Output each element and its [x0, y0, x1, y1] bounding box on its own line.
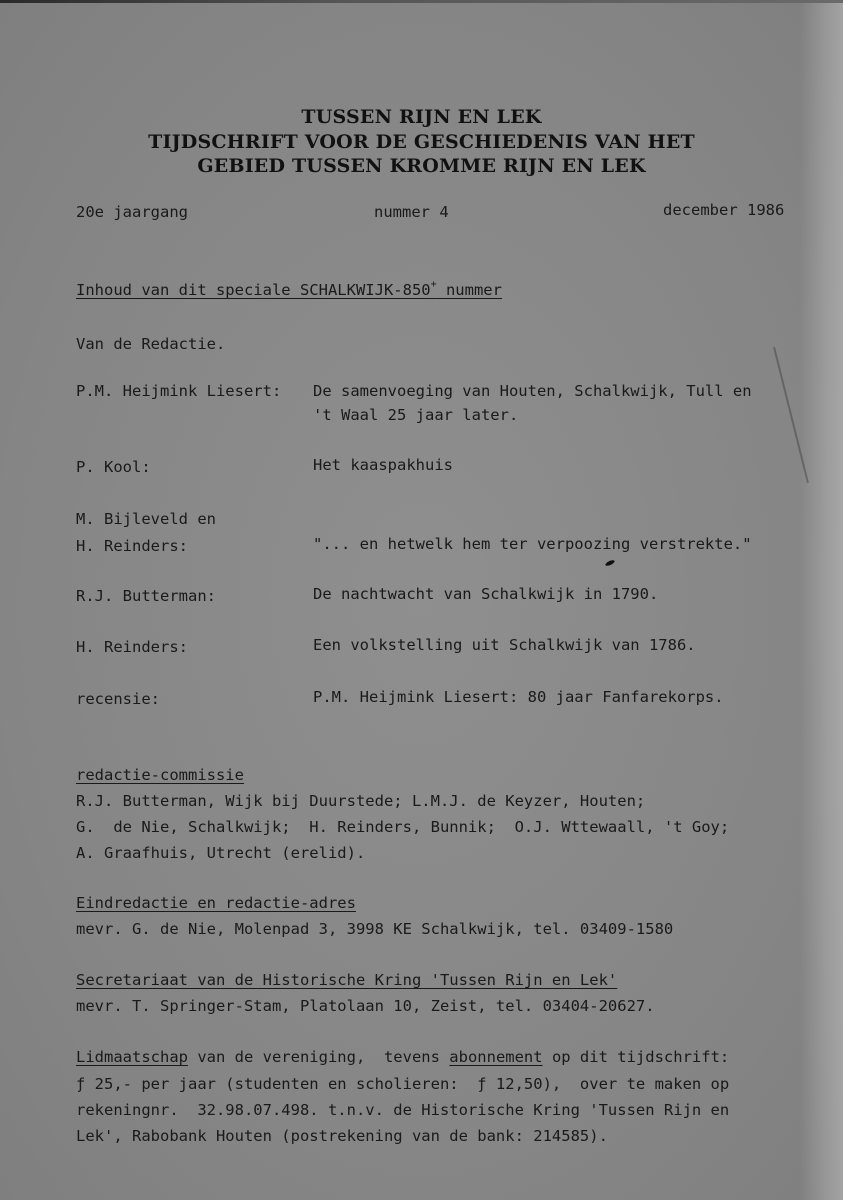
secretariat-heading: Secretariaat van de Historische Kring 'T… — [76, 971, 617, 989]
editorial-board-line: R.J. Butterman, Wijk bij Duurstede; L.M.… — [76, 792, 645, 810]
issue-number: nummer 4 — [374, 203, 449, 221]
editorial-board-line: A. Graafhuis, Utrecht (erelid). — [76, 844, 365, 862]
issue-volume: 20e jaargang — [76, 203, 188, 221]
membership-term: Lidmaatschap — [76, 1048, 188, 1066]
entry-author: P.M. Heijmink Liesert: — [76, 382, 281, 400]
contents-heading-suffix: nummer — [437, 281, 502, 299]
subscription-term: abonnement — [449, 1048, 542, 1066]
entry-title: Een volkstelling uit Schalkwijk van 1786… — [313, 636, 696, 654]
contents-heading-text: Inhoud van dit speciale SCHALKWIJK-850 — [76, 281, 431, 299]
paper-fold-mark — [773, 347, 809, 483]
entry-author: H. Reinders: — [76, 638, 188, 656]
masthead-title: TUSSEN RIJN EN LEK — [0, 106, 843, 128]
masthead-subtitle-2: GEBIED TUSSEN KROMME RIJN EN LEK — [0, 155, 843, 177]
final-editing-address: mevr. G. de Nie, Molenpad 3, 3998 KE Sch… — [76, 920, 673, 938]
membership-text-end: op dit tijdschrift: — [543, 1048, 730, 1066]
editorial-board-line: G. de Nie, Schalkwijk; H. Reinders, Bunn… — [76, 818, 729, 836]
entry-title: De samenvoeging van Houten, Schalkwijk, … — [313, 382, 752, 400]
entry-author-cont: H. Reinders: — [76, 537, 188, 555]
membership-text: van de vereniging, tevens — [188, 1048, 449, 1066]
editorial-board-heading: redactie-commissie — [76, 766, 244, 784]
issue-date: december 1986 — [663, 201, 784, 219]
entry-title: "... en hetwelk hem ter verpoozing verst… — [313, 535, 752, 553]
secretariat-address: mevr. T. Springer-Stam, Platolaan 10, Ze… — [76, 997, 655, 1015]
entry-title: Het kaaspakhuis — [313, 456, 453, 474]
scanned-page: TUSSEN RIJN EN LEK TIJDSCHRIFT VOOR DE G… — [0, 0, 843, 1200]
entry-author: P. Kool: — [76, 458, 151, 476]
membership-line: rekeningnr. 32.98.07.498. t.n.v. de Hist… — [76, 1101, 729, 1119]
entry-author: M. Bijleveld en — [76, 510, 216, 528]
entry-title: De nachtwacht van Schalkwijk in 1790. — [313, 585, 658, 603]
membership-line: ƒ 25,- per jaar (studenten en scholieren… — [76, 1075, 729, 1093]
contents-intro: Van de Redactie. — [76, 335, 225, 353]
entry-author: recensie: — [76, 690, 160, 708]
ink-smudge — [605, 559, 616, 567]
entry-title: P.M. Heijmink Liesert: 80 jaar Fanfareko… — [313, 688, 724, 706]
membership-line: Lidmaatschap van de vereniging, tevens a… — [76, 1048, 729, 1066]
entry-title-cont: 't Waal 25 jaar later. — [313, 406, 518, 424]
contents-heading-superscript: + — [431, 279, 437, 290]
masthead-subtitle-1: TIJDSCHRIFT VOOR DE GESCHIEDENIS VAN HET — [0, 131, 843, 153]
entry-author: R.J. Butterman: — [76, 587, 216, 605]
membership-line: Lek', Rabobank Houten (postrekening van … — [76, 1127, 608, 1145]
final-editing-heading: Eindredactie en redactie-adres — [76, 894, 356, 912]
contents-heading: Inhoud van dit speciale SCHALKWIJK-850+ … — [76, 281, 502, 299]
